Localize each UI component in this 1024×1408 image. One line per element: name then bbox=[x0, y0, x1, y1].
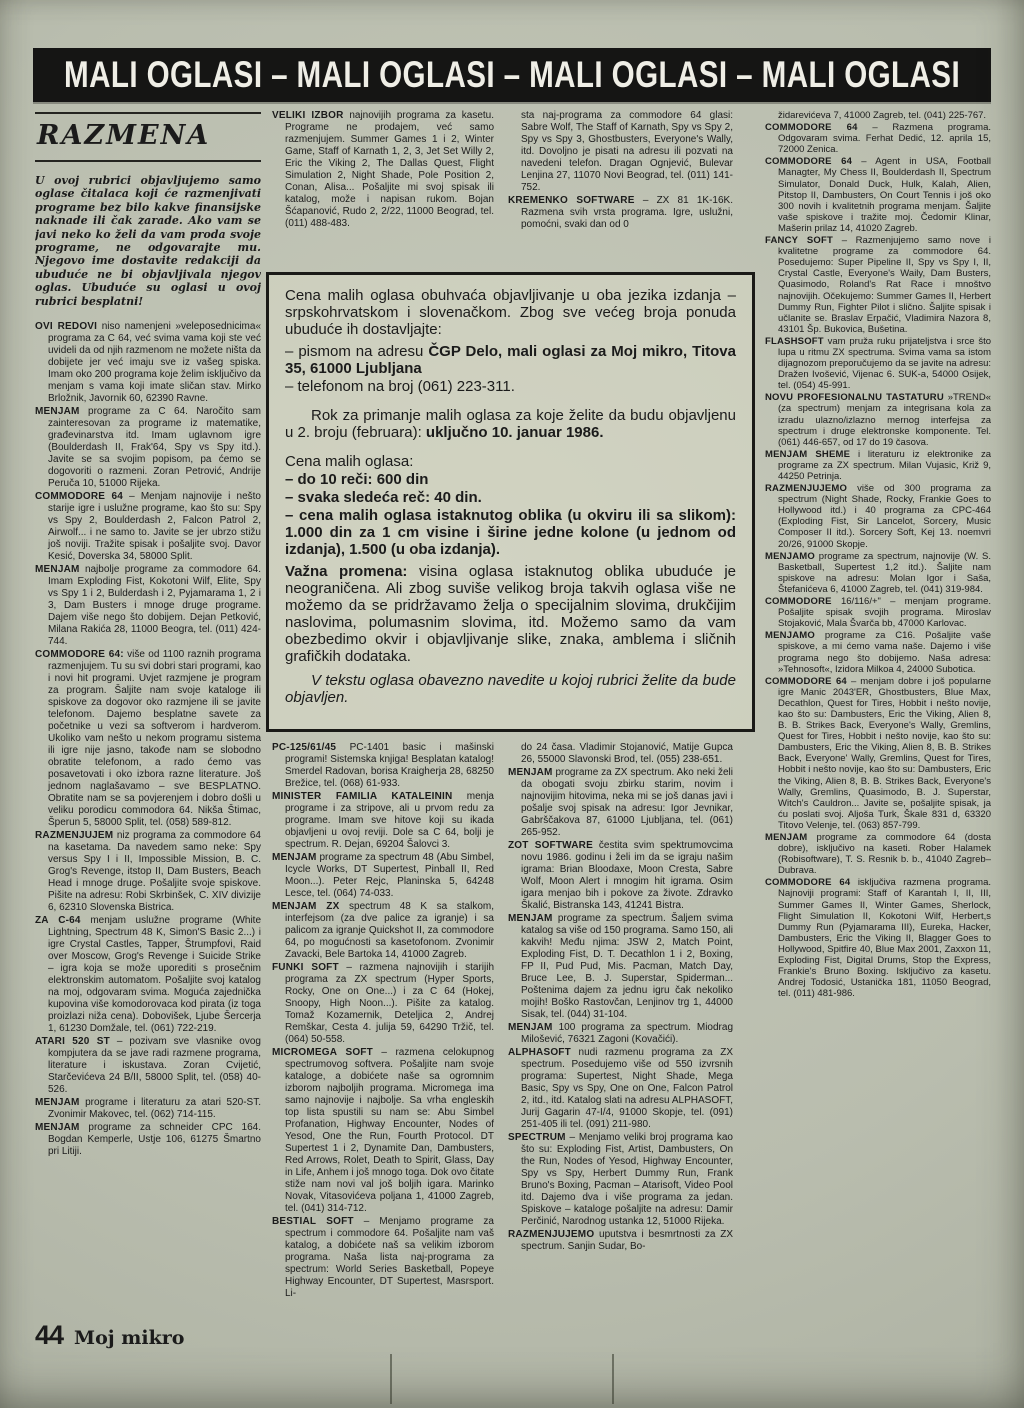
classified-ad: ZA C-64 menjam uslužne programe (White L… bbox=[35, 915, 261, 1035]
classified-ad: MICROMEGA SOFT – razmena celokupnog spec… bbox=[272, 1047, 494, 1215]
column-3-bottom: do 24 časa. Vladimir Stojanović, Matije … bbox=[508, 742, 733, 1352]
page-footer: 44 Moj mikro bbox=[35, 1320, 184, 1351]
notice-paragraph: – telefonom na broj (061) 223-311. bbox=[285, 378, 736, 395]
page-number: 44 bbox=[35, 1320, 63, 1351]
classified-ad: MENJAM SHEME i literaturu iz elektronike… bbox=[765, 449, 991, 482]
classified-ad: VELIKI IZBOR najnovijih programa za kase… bbox=[272, 110, 494, 230]
classified-ad: MENJAM programe za commodore 64 (dosta d… bbox=[765, 832, 991, 876]
classified-ad: COMMODORE 64 isključiva razmena programa… bbox=[765, 877, 991, 999]
magazine-name: Moj mikro bbox=[74, 1327, 184, 1349]
classified-ad: do 24 časa. Vladimir Stojanović, Matije … bbox=[508, 742, 733, 766]
notice-paragraph: V tekstu oglasa obavezno navedite u kojo… bbox=[285, 672, 736, 706]
masthead-bar: MALI OGLASI – MALI OGLASI – MALI OGLASI … bbox=[33, 48, 991, 102]
classified-ad: MINISTER FAMILIA KATALEININ menja progra… bbox=[272, 791, 494, 851]
magazine-page: MALI OGLASI – MALI OGLASI – MALI OGLASI … bbox=[0, 0, 1024, 1408]
classified-ad: FUNKI SOFT – razmena najnovijih i starij… bbox=[272, 962, 494, 1046]
classified-ad: MENJAM najbolje programe za commodore 64… bbox=[35, 564, 261, 648]
classified-ad: MENJAM 100 programa za spectrum. Miodrag… bbox=[508, 1022, 733, 1046]
classified-ad: MENJAM programe za spectrum 48 (Abu Simb… bbox=[272, 852, 494, 900]
column-1: RAZMENA U ovoj rubrici objavljujemo samo… bbox=[35, 112, 261, 1312]
notice-box: Cena malih oglasa obuhvaća objavljivanje… bbox=[266, 272, 755, 732]
classified-ad: MENJAM programe za spectrum. Šaljem svim… bbox=[508, 913, 733, 1021]
column-2-top: VELIKI IZBOR najnovijih programa za kase… bbox=[272, 110, 494, 270]
column-3-top: sta naj-programa za commodore 64 glasi: … bbox=[508, 110, 733, 270]
classified-ad: RAZMENJUJEM niz programa za commodore 64… bbox=[35, 830, 261, 914]
classified-ad: COMMODORE 64 – Menjam najnovije i nešto … bbox=[35, 491, 261, 563]
classified-ad: sta naj-programa za commodore 64 glasi: … bbox=[508, 110, 733, 194]
classified-ad: COMMODORE 64 – menjam dobre i još popula… bbox=[765, 676, 991, 831]
classified-ad: ATARI 520 ST – pozivam sve vlasnike ovog… bbox=[35, 1036, 261, 1096]
classified-ad: MENJAM programe za schneider CPC 164. Bo… bbox=[35, 1122, 261, 1158]
classified-ad: MENJAM programe za ZX spectrum. Ako neki… bbox=[508, 767, 733, 839]
classified-ad: COMMODORE 64 – Agent in USA, Football Ma… bbox=[765, 156, 991, 234]
classified-ad: KREMENKO SOFTWARE – ZX 81 1K-16K. Razmen… bbox=[508, 195, 733, 231]
notice-paragraph: – cena malih oglasa istaknutog oblika (u… bbox=[285, 507, 736, 558]
column-divider bbox=[612, 1354, 614, 1404]
classified-ad: židarevićeva 7, 41000 Zagreb, tel. (041)… bbox=[765, 110, 991, 121]
notice-paragraph: – svaka sledeća reč: 40 din. bbox=[285, 489, 736, 506]
classified-ad: MENJAMO programe za C16. Pošaljite vaše … bbox=[765, 630, 991, 674]
classified-ad: MENJAM programe i literaturu za atari 52… bbox=[35, 1097, 261, 1121]
classified-ad: MENJAMO programe za spectrum, najnovije … bbox=[765, 551, 991, 595]
column-2-bottom: PC-125/61/45 PC-1401 basic i mašinski pr… bbox=[272, 742, 494, 1352]
classified-ad: COMMODORE 16/116/+" – menjam programe. P… bbox=[765, 596, 991, 629]
notice-paragraph: – do 10 reči: 600 din bbox=[285, 471, 736, 488]
classified-ad: COMMODORE 64 – Razmena programa. Odgovar… bbox=[765, 122, 991, 155]
section-header: RAZMENA bbox=[35, 112, 261, 162]
classified-ad: BESTIAL SOFT – Menjamo programe za spect… bbox=[272, 1216, 494, 1300]
classified-ad: ALPHASOFT nudi razmenu programa za ZX sp… bbox=[508, 1047, 733, 1131]
classified-ad: FLASHSOFT vam pruža ruku prijateljstva i… bbox=[765, 336, 991, 391]
editorial-intro: U ovoj rubrici objavljujemo samo oglase … bbox=[35, 174, 261, 308]
notice-paragraph: Cena malih oglasa: bbox=[285, 453, 736, 470]
classified-ad: MENJAM ZX spectrum 48 K sa stalkom, inte… bbox=[272, 901, 494, 961]
classified-ad: RAZMENJUJEMO više od 300 programa za spe… bbox=[765, 483, 991, 550]
classified-ad: FANCY SOFT – Razmenjujemo samo nove i kv… bbox=[765, 235, 991, 335]
section-title: RAZMENA bbox=[37, 120, 259, 151]
notice-paragraph: Važna promena: visina oglasa istaknutog … bbox=[285, 563, 736, 665]
notice-paragraph: – pismom na adresu ČGP Delo, mali oglasi… bbox=[285, 343, 736, 377]
column-divider bbox=[390, 1354, 392, 1404]
masthead-title: MALI OGLASI – MALI OGLASI – MALI OGLASI … bbox=[64, 54, 960, 96]
classified-ad: PC-125/61/45 PC-1401 basic i mašinski pr… bbox=[272, 742, 494, 790]
classified-ad: COMMODORE 64: više od 1100 raznih progra… bbox=[35, 649, 261, 829]
classified-ad: RAZMENJUJEMO uputstva i besmrtnosti za Z… bbox=[508, 1229, 733, 1253]
notice-paragraph: Rok za primanje malih oglasa za koje žel… bbox=[285, 407, 736, 441]
column-4: židarevićeva 7, 41000 Zagreb, tel. (041)… bbox=[765, 110, 991, 1352]
column-1-ads: OVI REDOVI niso namenjeni »veleposednici… bbox=[35, 321, 261, 1158]
classified-ad: ZOT SOFTWARE čestita svim spektrumovcima… bbox=[508, 840, 733, 912]
classified-ad: NOVU PROFESIONALNU TASTATURU »TREND« (za… bbox=[765, 392, 991, 447]
notice-paragraph: Cena malih oglasa obuhvaća objavljivanje… bbox=[285, 287, 736, 338]
classified-ad: OVI REDOVI niso namenjeni »veleposednici… bbox=[35, 321, 261, 405]
classified-ad: SPECTRUM – Menjamo veliki broj programa … bbox=[508, 1132, 733, 1228]
classified-ad: MENJAM programe za C 64. Naročito sam za… bbox=[35, 406, 261, 490]
